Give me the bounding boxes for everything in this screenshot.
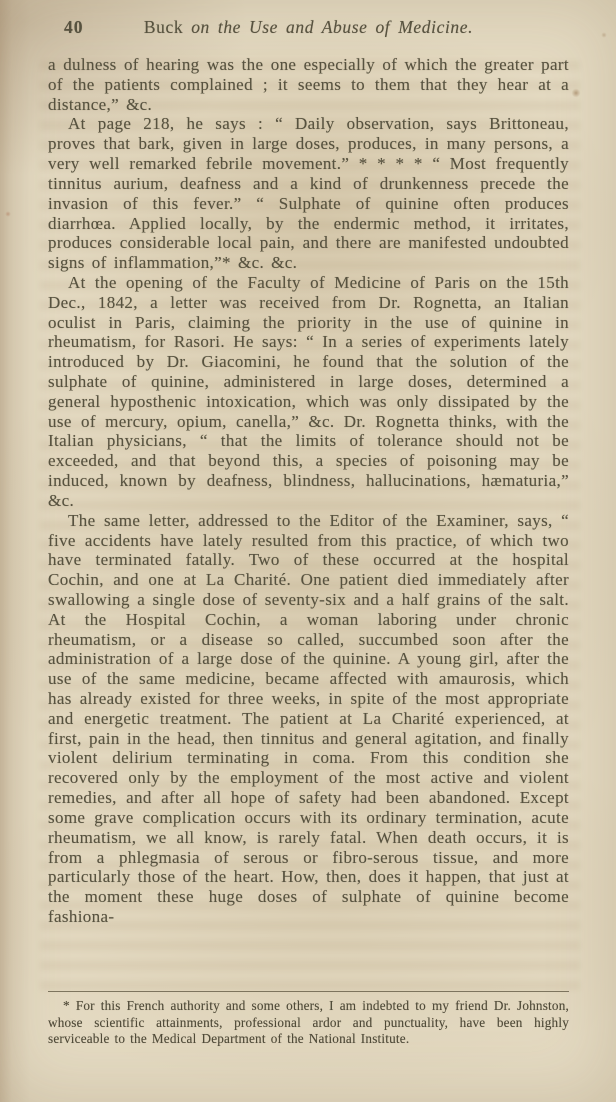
footnote-section: * For this French authority and some oth… <box>48 991 569 1048</box>
running-title: Buck on the Use and Abuse of Medicine. <box>48 17 569 38</box>
footnote-rule <box>48 991 569 992</box>
running-header: 40 Buck on the Use and Abuse of Medicine… <box>48 17 569 41</box>
paragraph-continuation: a dulness of hearing was the one especia… <box>48 55 569 114</box>
footnote-text: * For this French authority and some oth… <box>48 998 569 1048</box>
footnote-marker: * <box>63 998 70 1013</box>
footnote-body: For this French authority and some other… <box>48 998 569 1046</box>
running-title-author: Buck <box>144 17 183 37</box>
book-page: 40 Buck on the Use and Abuse of Medicine… <box>0 0 616 1102</box>
paragraph: The same letter, addressed to the Editor… <box>48 511 569 927</box>
page-body: a dulness of hearing was the one especia… <box>48 55 569 927</box>
page-number: 40 <box>64 17 84 38</box>
paragraph: At page 218, he says : “ Daily observati… <box>48 114 569 273</box>
running-title-text: on the Use and Abuse of Medicine. <box>191 17 473 37</box>
paragraph: At the opening of the Faculty of Medicin… <box>48 273 569 511</box>
